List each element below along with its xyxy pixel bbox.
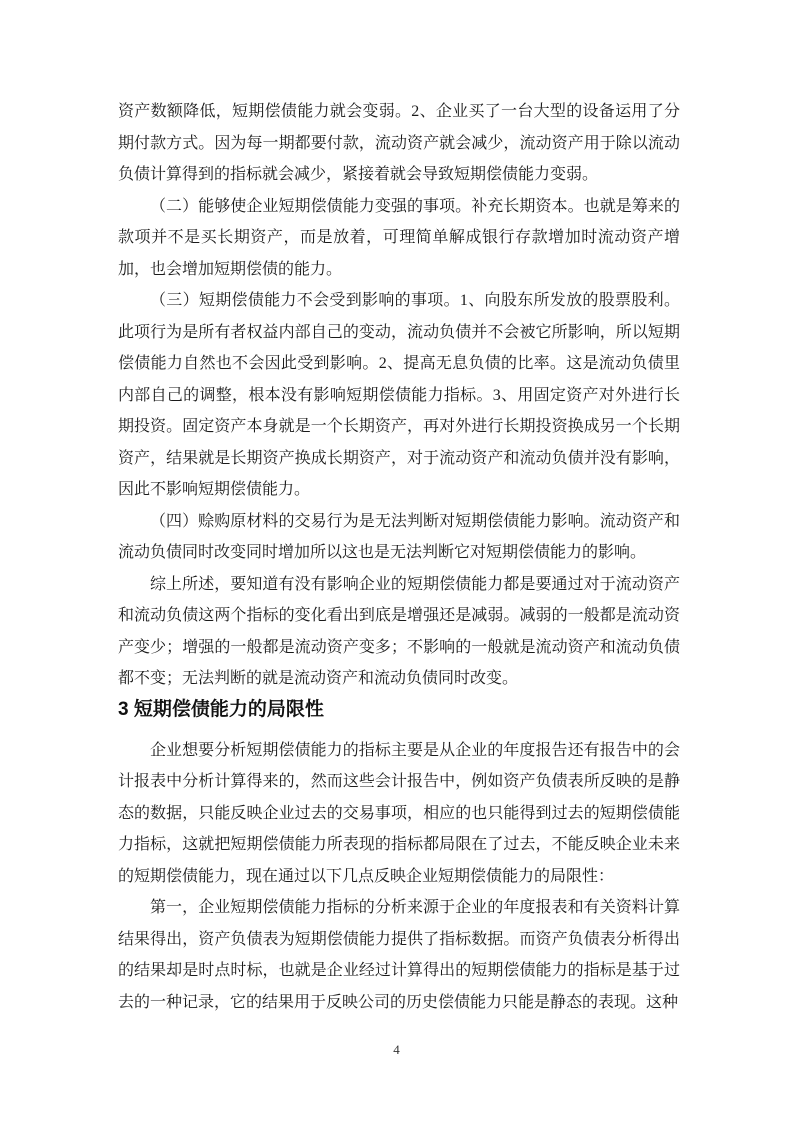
document-page: 资产数额降低，短期偿债能力就会变弱。2、企业买了一台大型的设备运用了分期付款方式… — [0, 0, 793, 1122]
body-paragraph: 第一，企业短期偿债能力指标的分析来源于企业的年度报表和有关资料计算结果得出，资产… — [118, 892, 680, 1018]
section-heading: 3 短期偿债能力的局限性 — [118, 695, 680, 725]
page-content: 资产数额降低，短期偿债能力就会变弱。2、企业买了一台大型的设备运用了分期付款方式… — [118, 96, 680, 1018]
body-paragraph-continuation: 资产数额降低，短期偿债能力就会变弱。2、企业买了一台大型的设备运用了分期付款方式… — [118, 96, 680, 191]
body-paragraph: 综上所述，要知道有没有影响企业的短期偿债能力都是要通过对于流动资产和流动负债这两… — [118, 569, 680, 695]
body-paragraph: （四）赊购原材料的交易行为是无法判断对短期偿债能力影响。流动资产和流动负债同时改… — [118, 506, 680, 569]
body-paragraph: （二）能够使企业短期偿债能力变强的事项。补充长期资本。也就是筹来的款项并不是买长… — [118, 191, 680, 286]
body-paragraph: 企业想要分析短期偿债能力的指标主要是从企业的年度报告还有报告中的会计报表中分析计… — [118, 735, 680, 893]
body-paragraph: （三）短期偿债能力不会受到影响的事项。1、向股东所发放的股票股利。此项行为是所有… — [118, 285, 680, 506]
page-number: 4 — [0, 1042, 793, 1058]
